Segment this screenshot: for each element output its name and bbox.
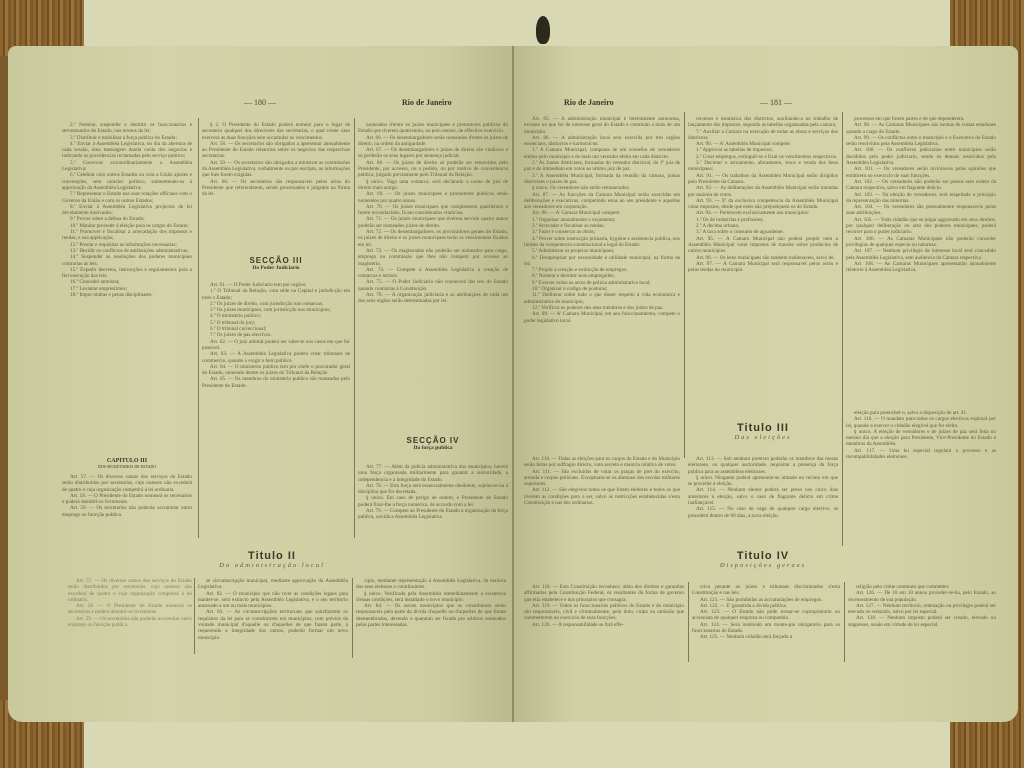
paragraph: 2.º Nomear, suspender e demittir os func… bbox=[62, 122, 192, 135]
paragraph: ctiva perante os juizes e tribunaes disc… bbox=[692, 584, 840, 597]
right-page: Rio de Janeiro — 181 — Art. 85. — A admi… bbox=[514, 46, 1018, 722]
section-iii-heading: SECÇÃO III Do Poder Judiciario bbox=[202, 256, 350, 271]
right-mid-col3: eleição para preenchel-o, salvo a dispos… bbox=[846, 410, 996, 546]
paragraph: Art. 120. — A responsabilidade se fará e… bbox=[524, 622, 684, 628]
paragraph: Art. 57. — Os diversos ramos dos serviço… bbox=[68, 578, 192, 603]
left-col3-top: nomeados d'entre os juizes municipaes e … bbox=[358, 122, 508, 434]
paragraph: 3.º Decretar o arruamento, aforamento, t… bbox=[688, 160, 838, 173]
titulo-ii-heading: Titulo II Da administração local bbox=[202, 550, 342, 569]
paragraph: Art. 87. — As funcções da Camara Municip… bbox=[524, 192, 680, 211]
paragraph: § unico. A eleição de vereadores e de ju… bbox=[846, 429, 996, 448]
paragraph: Art. 59. — Os secretarios não poderão ac… bbox=[68, 616, 192, 629]
paragraph: Art. 73. — Os magistrados não poderão se… bbox=[358, 248, 508, 267]
paragraph: Art. 117. — Uma lei especial regulará o … bbox=[846, 448, 996, 461]
titulo-iii-subtitle: Das eleições bbox=[688, 434, 838, 441]
paragraph: Art. 107. — Nenhum privilegio de interes… bbox=[846, 248, 996, 261]
paragraph: Art. 126. — De 10 em 10 annos proceder-s… bbox=[848, 590, 996, 603]
paragraph: Art. 57. — Os diversos ramos dos serviço… bbox=[62, 474, 192, 493]
column-rule bbox=[842, 406, 843, 546]
paragraph: Art. 104. — Os vereadores são pessoalmen… bbox=[846, 204, 996, 217]
paragraph: 6.º Celebrar com outros Estados ou com a… bbox=[62, 172, 192, 191]
paragraph: Art. 123. — O Estado não póde tornar-se … bbox=[692, 609, 840, 622]
left-bottom-col2: se circumscripção municipal, mediante ap… bbox=[198, 578, 348, 658]
paragraph: Art. 68. — Os juizes de direito só poder… bbox=[358, 160, 508, 179]
ink-blot bbox=[536, 16, 550, 44]
left-page: — 180 — Rio de Janeiro 2.º Nomear, suspe… bbox=[8, 46, 514, 722]
paragraph: 3.º A Assembléa Municipal, formada da re… bbox=[524, 173, 680, 186]
paragraph: Art. 92. — As deliberações da Assembléa … bbox=[688, 185, 838, 198]
right-bottom-col1: Art. 118. — Esta Constituição reconhece,… bbox=[524, 584, 684, 662]
section-iii-subtitle: Do Poder Judiciario bbox=[202, 265, 350, 271]
paragraph: Art. 67. — Os desembargadores e juizes d… bbox=[358, 147, 508, 160]
paragraph: Art. 79. — Compete ao Presidente do Esta… bbox=[358, 508, 508, 521]
titulo-iv-heading: Titulo IV Disposições geraes bbox=[688, 550, 838, 569]
paragraph: 2.º As Juntas districtaes, formadas do v… bbox=[524, 160, 680, 173]
paragraph: Art. 115. — No caso de vaga de qualquer … bbox=[688, 506, 838, 519]
titulo-iv-subtitle: Disposições geraes bbox=[688, 562, 838, 569]
left-col2-top: § 2. O Presidente do Estado poderá nomea… bbox=[202, 122, 350, 252]
left-col3-bottom: Art. 77. — Além da policia administrativ… bbox=[358, 464, 508, 538]
paragraph: Art. 121. — São prohibidas as accumulaçõ… bbox=[692, 597, 840, 603]
paragraph: Art. 124. — Será instituido um monte-pio… bbox=[692, 622, 840, 635]
paragraph: 3.º Distribuir e mobilisar a força publi… bbox=[62, 135, 192, 141]
paragraph: 14.º Suspender as resoluções dos poderes… bbox=[62, 254, 192, 267]
paragraph: Art. 72. — Os desembargadores, os procur… bbox=[358, 229, 508, 248]
paragraph: Art. 64. — O ministerio publico tem por … bbox=[202, 364, 350, 377]
paragraph: Art. 95. — A Camara Municipal não poderá… bbox=[688, 236, 838, 255]
paragraph: 12.º Prestar e requisitar as informações… bbox=[62, 242, 192, 248]
paragraph: Art. 84. — Os novos municipios que se co… bbox=[356, 603, 506, 628]
paragraph: Art. 58. — O Presidente do Estado nomear… bbox=[62, 493, 192, 506]
paragraph: 6.º Desapropriar por necessidade e utili… bbox=[524, 255, 680, 268]
paragraph: Art. 100. — Os conflictos judiciarios en… bbox=[846, 147, 996, 166]
titulo-iii-title: Titulo III bbox=[688, 422, 838, 434]
paragraph: Art. 110. — Todas as eleições para os ca… bbox=[524, 456, 680, 469]
paragraph: 11.º Deliberar sobre tudo o que disser r… bbox=[524, 292, 680, 305]
paragraph: Art. 102. — Os vereadores não poderão se… bbox=[846, 179, 996, 192]
right-page-number: — 181 — bbox=[760, 98, 792, 107]
paragraph: Art. 89. — A' Camara Municipal, em seu f… bbox=[524, 311, 680, 324]
paragraph: nomeados d'entre os juizes municipaes e … bbox=[358, 122, 508, 135]
paragraph: 1.º O Tribunal da Relação, com séde na C… bbox=[202, 288, 350, 301]
paragraph: se circumscripção municipal, mediante ap… bbox=[198, 578, 348, 591]
section-iv-heading: SECÇÃO IV Da força publica bbox=[358, 436, 508, 451]
left-chapter-text: Art. 57. — Os diversos ramos dos serviço… bbox=[62, 474, 192, 536]
paragraph: Art. 112. — São elegiveis todos os que f… bbox=[524, 487, 680, 506]
paragraph: Art. 116. — O mandato para todos os carg… bbox=[846, 416, 996, 429]
paragraph: Art. 59. — Os secretarios não poderão ac… bbox=[62, 505, 192, 518]
paragraph: Art. 106. — As Camaras Municipaes não po… bbox=[846, 236, 996, 249]
right-col3: processos em que forem partes e de que d… bbox=[846, 116, 996, 406]
paragraph: Art. 78. — Esta força será essencialment… bbox=[358, 483, 508, 496]
paragraph: Art. 97. — A Camara Municipal será respo… bbox=[688, 261, 838, 274]
column-rule bbox=[194, 578, 195, 654]
paragraph: 1.º A Camara Municipal, composta de um c… bbox=[524, 147, 680, 160]
titulo-ii-subtitle: Da administração local bbox=[202, 562, 342, 569]
paragraph: Art. 111. — São excluidos de votar os pr… bbox=[524, 469, 680, 488]
column-rule bbox=[684, 112, 685, 458]
paragraph: Art. 59. — Os secretarios são obrigados … bbox=[202, 160, 350, 179]
paragraph: Art. 113. — Sob nenhum pretexto poderão … bbox=[688, 456, 838, 475]
paragraph: Art. 118. — Esta Constituição reconhece,… bbox=[524, 584, 684, 603]
paragraph: Art. 75. — O Poder Judiciario não conhec… bbox=[358, 279, 508, 292]
paragraph: Art. 69. — Os juizes municipaes e promot… bbox=[358, 191, 508, 204]
left-page-number: — 180 — bbox=[244, 98, 276, 107]
left-bottom-col3: cipio, mediante representação á Assemblé… bbox=[356, 578, 506, 658]
paragraph: 4.º Enviar á Assembléa Legislativa, no d… bbox=[62, 141, 192, 160]
column-rule bbox=[198, 118, 199, 538]
paragraph: Art. 74. — Compete á Assembléa Legislati… bbox=[358, 267, 508, 280]
paragraph: 4.º Prover sobre instrucção primaria, hy… bbox=[524, 236, 680, 249]
right-col2: recursos e estatistica dos districtos, a… bbox=[688, 116, 838, 456]
paragraph: Art. 108. — As Camaras Municipaes aprese… bbox=[846, 261, 996, 274]
section-iv-subtitle: Da força publica bbox=[358, 445, 508, 451]
section-iv-title: SECÇÃO IV bbox=[358, 436, 508, 445]
paragraph: 18.º Impor multas e penas disciplinares. bbox=[62, 292, 192, 298]
paragraph: Art. 71. — Os juizes municipaes que tive… bbox=[358, 216, 508, 229]
paragraph: recursos e estatistica dos districtos, a… bbox=[688, 116, 838, 129]
paragraph: Art. 58. — Os secretarios são obrigados … bbox=[202, 141, 350, 160]
paragraph: 5.º Convocar extraordinariamente a Assem… bbox=[62, 160, 192, 173]
paragraph: Art. 99. — Os conflictos entre o municip… bbox=[846, 135, 996, 148]
paragraph: Art. 93. — E' da exclusiva competencia d… bbox=[688, 198, 838, 211]
column-rule bbox=[352, 578, 353, 658]
left-running-header: Rio de Janeiro bbox=[402, 98, 452, 107]
paragraph: Art. 105. — Todo cidadão que se julgar a… bbox=[846, 217, 996, 236]
left-col2-bottom: Art. 61. — O Poder Judiciario tem por or… bbox=[202, 282, 350, 538]
paragraph: Art. 114. — Nenhum eleitor poderá ser pr… bbox=[688, 487, 838, 506]
paragraph: Art. 86. — A administração local será ex… bbox=[524, 135, 680, 148]
right-mid-col2: Art. 113. — Sob nenhum pretexto poderão … bbox=[688, 456, 838, 546]
titulo-iv-title: Titulo IV bbox=[688, 550, 838, 562]
column-rule bbox=[354, 118, 355, 538]
right-bottom-col2: ctiva perante os juizes e tribunaes disc… bbox=[692, 584, 840, 662]
paragraph: 15.º Expedir decretos, instrucções e reg… bbox=[62, 267, 192, 280]
titulo-ii-title: Titulo II bbox=[202, 550, 342, 562]
column-rule bbox=[844, 582, 845, 662]
titulo-iii-heading: Titulo III Das eleições bbox=[688, 422, 838, 441]
paragraph: 7.º Auxiliar a Camara na execução de tod… bbox=[688, 129, 838, 142]
paragraph: § unico. Ninguem poderá apresentar-se ar… bbox=[688, 475, 838, 488]
left-bottom-col1: Art. 57. — Os diversos ramos dos serviço… bbox=[68, 578, 192, 654]
left-col1: 2.º Nomear, suspender e demittir os func… bbox=[62, 122, 192, 482]
right-col1: Art. 85. — A administração municipal é i… bbox=[524, 116, 680, 456]
paragraph: 8.º Enviar á Assembléa Legislativa proje… bbox=[62, 204, 192, 217]
paragraph: Art. 85. — A administração municipal é i… bbox=[524, 116, 680, 135]
chapter-subtitle: DOS SECRETARIOS DE ESTADO bbox=[62, 464, 192, 469]
paragraph: Art. 91. — Os trabalhos da Assembléa Mun… bbox=[688, 173, 838, 186]
right-bottom-col3: religião pelo crime commum que commetter… bbox=[848, 584, 996, 662]
paragraph: 11.º Promover e fiscalisar a arrecadação… bbox=[62, 229, 192, 242]
paragraph: § unico. Em caso de perigo de ordem, o P… bbox=[358, 495, 508, 508]
paragraph: Art. 83. — As circumscripções territoria… bbox=[198, 609, 348, 640]
paragraph: § unico. Vaga uma comarca, será declarad… bbox=[358, 179, 508, 192]
paragraph: Art. 70. — Os juizes municipaes que comp… bbox=[358, 204, 508, 217]
right-mid-col1: Art. 110. — Todas as eleições para os ca… bbox=[524, 456, 680, 546]
paragraph: § unico. Verificada pela Assembléa immed… bbox=[356, 591, 506, 604]
paragraph: Art. 82. — O municipio que não tiver as … bbox=[198, 591, 348, 610]
column-rule bbox=[688, 582, 689, 662]
paragraph: Art. 65. — Os membros do ministerio publ… bbox=[202, 376, 350, 389]
paragraph: Art. 63. — A Assembléa Legislativa poder… bbox=[202, 351, 350, 364]
paragraph: Art. 127. — Nenhum territorio, ordenação… bbox=[848, 603, 996, 616]
paragraph: Art. 96. — Os bens municipaes são tambem… bbox=[688, 255, 838, 261]
paragraph: § 2. O Presidente do Estado poderá nomea… bbox=[202, 122, 350, 141]
paragraph: Art. 98. — As Camaras Municipaes são ise… bbox=[846, 122, 996, 135]
paragraph: Art. 58. — O Presidente do Estado nomear… bbox=[68, 603, 192, 616]
paragraph: 7.º Representar o Estado nas suas relaçõ… bbox=[62, 191, 192, 204]
paragraph: Art. 103. — Na eleição de vereadores, se… bbox=[846, 192, 996, 205]
right-running-header: Rio de Janeiro bbox=[564, 98, 614, 107]
paragraph: Art. 128. — Nenhum imposto poderá ser cr… bbox=[848, 615, 996, 628]
paragraph: Art. 76. — A organização judiciaria e as… bbox=[358, 292, 508, 305]
paragraph: Art. 119. — Todos os funccionarios publi… bbox=[524, 603, 684, 622]
paragraph: Art. 62. — O juiz arbitral poderá ser va… bbox=[202, 339, 350, 352]
paragraph: Art. 101. — Os vereadores serão inviolav… bbox=[846, 166, 996, 179]
paragraph: Art. 66. — Os desembargadores serão nome… bbox=[358, 135, 508, 148]
chapter-iii-heading: CAPITULO III DOS SECRETARIOS DE ESTADO bbox=[62, 458, 192, 469]
paragraph: Art. 60. — Os secretarios são responsave… bbox=[202, 179, 350, 198]
paragraph: cipio, mediante representação á Assemblé… bbox=[356, 578, 506, 591]
section-iii-title: SECÇÃO III bbox=[202, 256, 350, 265]
paragraph: Art. 77. — Além da policia administrativ… bbox=[358, 464, 508, 483]
paragraph: Art. 125. — Nenhum cidadão será forçado … bbox=[692, 634, 840, 640]
